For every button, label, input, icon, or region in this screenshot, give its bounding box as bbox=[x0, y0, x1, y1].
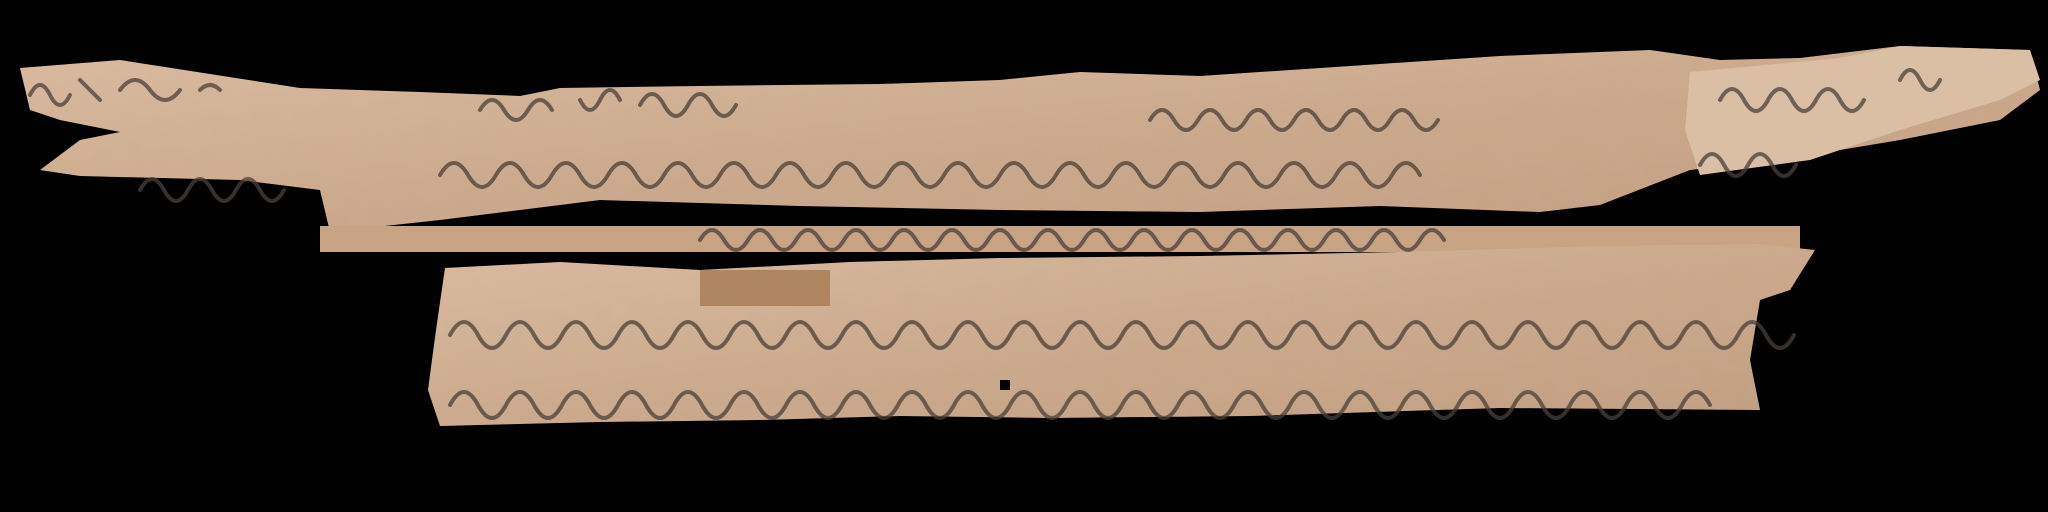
manuscript-photo: Fragmentary birch-bark manuscript with c… bbox=[0, 0, 2048, 512]
manuscript-fragments bbox=[0, 0, 2048, 512]
